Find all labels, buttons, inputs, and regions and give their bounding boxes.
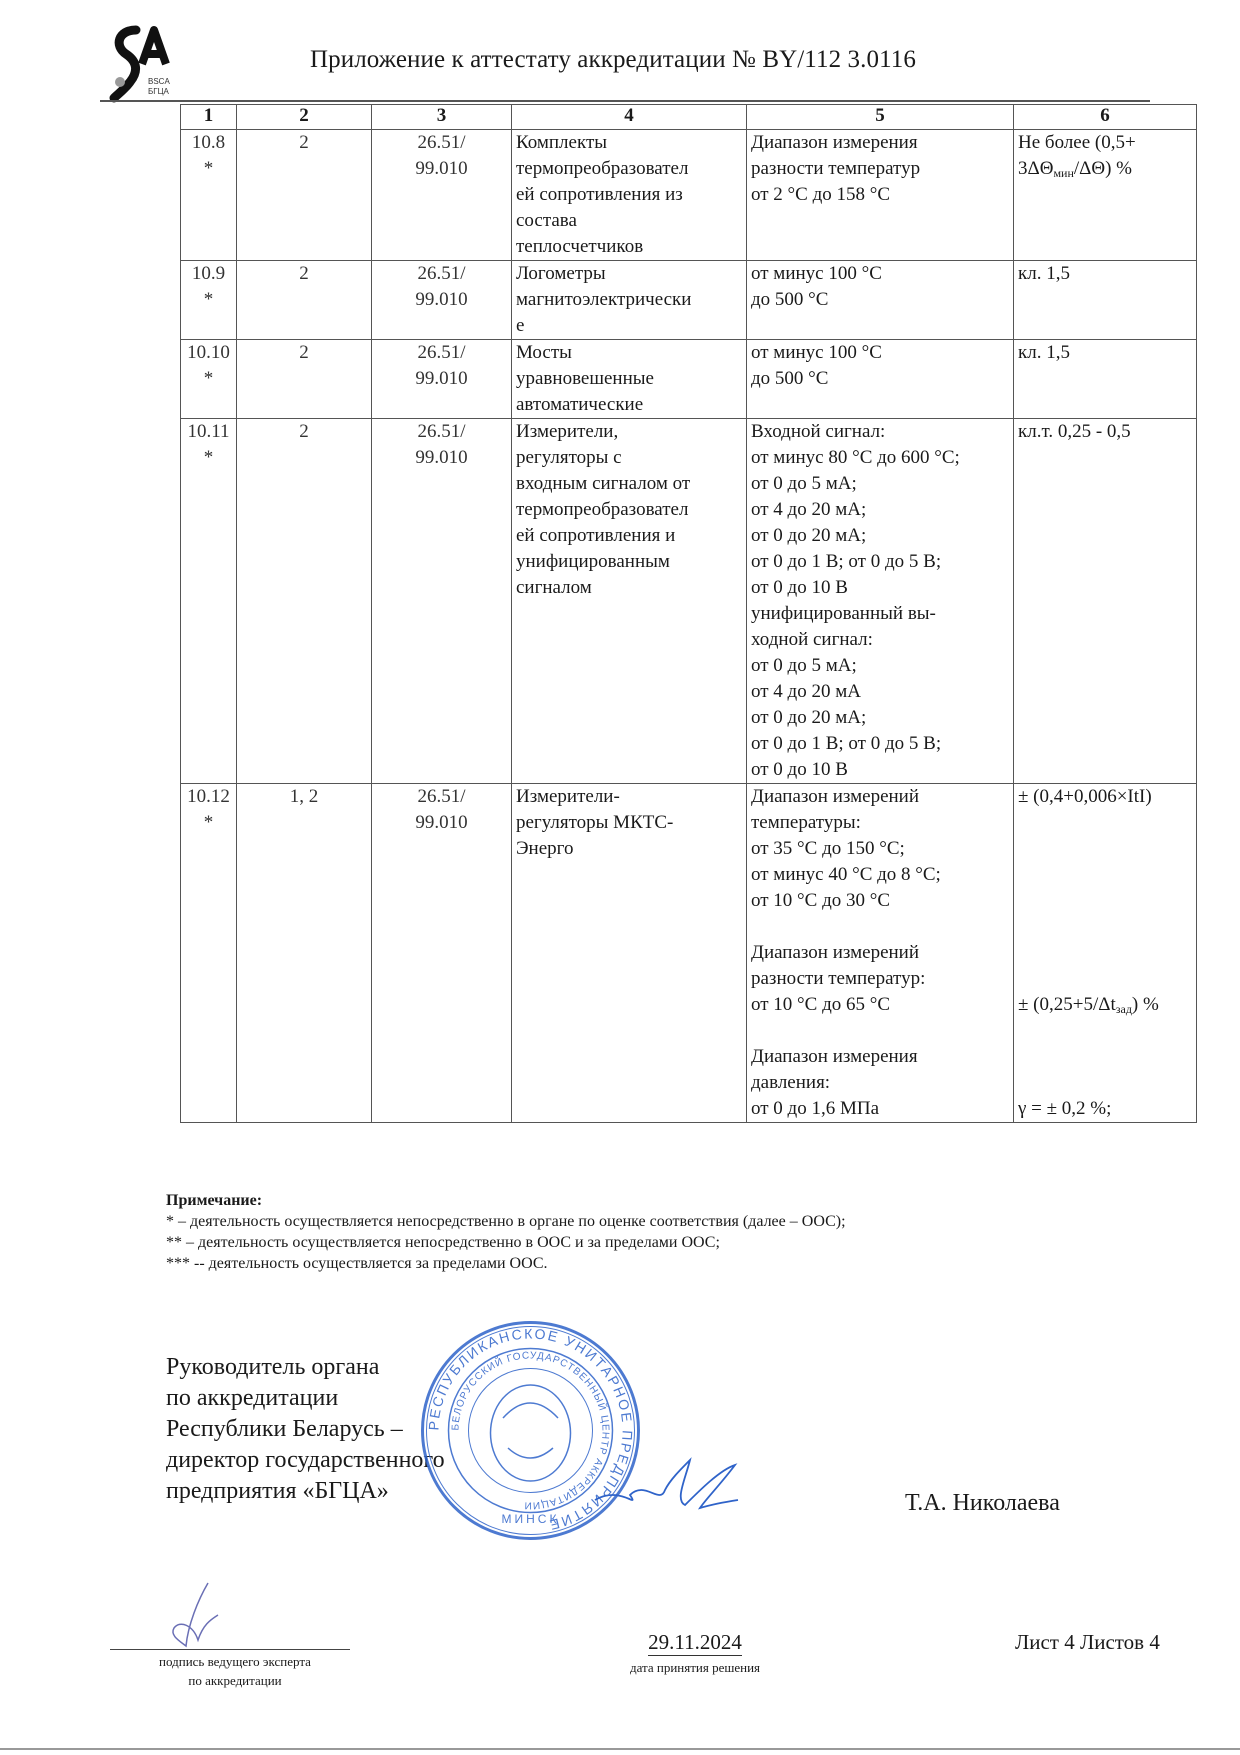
signatory-line: по аккредитации bbox=[166, 1383, 445, 1414]
cell-line: от 0 до 10 В bbox=[751, 757, 1009, 783]
cell-line: от 0 до 5 мА; bbox=[751, 471, 1009, 497]
cell-line: от минус 100 °С bbox=[751, 340, 1009, 366]
cell-line: теплосчетчиков bbox=[516, 234, 742, 260]
code-cell: 26.51/99.010 bbox=[372, 261, 512, 340]
svg-text:МИНСК: МИНСК bbox=[502, 1512, 560, 1526]
accuracy-value: γ = ± 0,2 %; bbox=[1018, 1096, 1192, 1122]
item-number: 10.10 bbox=[185, 340, 232, 366]
cell-line: от 2 °С до 158 °С bbox=[751, 182, 1009, 208]
accuracy-value: ± (0,4+0,006×ItI) bbox=[1018, 784, 1192, 810]
table-row: 10.9*226.51/99.010Логометрымагнитоэлектр… bbox=[181, 261, 1197, 340]
cell-line: от 4 до 20 мА; bbox=[751, 497, 1009, 523]
cell-line: автоматические bbox=[516, 392, 742, 418]
column-header: 5 bbox=[747, 105, 1014, 130]
cell-line: давления: bbox=[751, 1070, 1009, 1096]
location-cell: 2 bbox=[237, 261, 372, 340]
item-number: 10.12 bbox=[185, 784, 232, 810]
cell-line: сигналом bbox=[516, 575, 742, 601]
object-cell: Логометрымагнитоэлектрические bbox=[512, 261, 747, 340]
code-cell: 26.51/99.010 bbox=[372, 419, 512, 784]
cell-line: 99.010 bbox=[376, 810, 507, 836]
code-cell: 26.51/99.010 bbox=[372, 784, 512, 1123]
note-item: *** -- деятельность осуществляется за пр… bbox=[166, 1253, 846, 1274]
table-row: 10.8*226.51/99.010Комплектытермопреобраз… bbox=[181, 130, 1197, 261]
cell-line: Диапазон измерений bbox=[751, 940, 1009, 966]
cell-line: Комплекты bbox=[516, 130, 742, 156]
accuracy-cell: ± (0,4+0,006×ItI)± (0,25+5/Δtзад) %γ = ±… bbox=[1014, 784, 1197, 1123]
column-header: 2 bbox=[237, 105, 372, 130]
signatory-title: Руководитель органа по аккредитации Респ… bbox=[166, 1352, 445, 1507]
cell-line: разности температур: bbox=[751, 966, 1009, 992]
note-item: ** – деятельность осуществляется непосре… bbox=[166, 1232, 846, 1253]
header-divider bbox=[100, 100, 1150, 102]
cell-line: 26.51/ bbox=[376, 261, 507, 287]
item-mark: * bbox=[185, 445, 232, 471]
accreditation-scope-table: 1 2 3 4 5 6 10.8*226.51/99.010Комплектыт… bbox=[180, 104, 1197, 1123]
bsca-logo: BSCA БГЦА bbox=[108, 24, 178, 106]
cell-line: регуляторы с bbox=[516, 445, 742, 471]
accuracy-value: ± (0,25+5/Δtзад) % bbox=[1018, 992, 1192, 1018]
signatory-line: предприятия «БГЦА» bbox=[166, 1476, 445, 1507]
code-cell: 26.51/99.010 bbox=[372, 130, 512, 261]
page-bottom-edge bbox=[0, 1748, 1240, 1750]
notes-section: Примечание: * – деятельность осуществляе… bbox=[166, 1190, 846, 1274]
svg-text:БЕЛОРУССКИЙ ГОСУДАРСТВЕННЫЙ ЦЕ: БЕЛОРУССКИЙ ГОСУДАРСТВЕННЫЙ ЦЕНТР АККРЕД… bbox=[450, 1350, 610, 1510]
cell-line: входным сигналом от bbox=[516, 471, 742, 497]
table-header-row: 1 2 3 4 5 6 bbox=[181, 105, 1197, 130]
cell-line: ей сопротивления из bbox=[516, 182, 742, 208]
decision-date: 29.11.2024 bbox=[600, 1630, 790, 1655]
cell-line: кл. 1,5 bbox=[1018, 261, 1192, 287]
item-number-cell: 10.11* bbox=[181, 419, 237, 784]
range-cell: Диапазон измеренийтемпературы:от 35 °С д… bbox=[747, 784, 1014, 1123]
cell-line: Энерго bbox=[516, 836, 742, 862]
cell-line: от минус 80 °С до 600 °С; bbox=[751, 445, 1009, 471]
cell-line: от 0 до 5 мА; bbox=[751, 653, 1009, 679]
cell-line: термопреобразовател bbox=[516, 156, 742, 182]
accuracy-cell: кл. 1,5 bbox=[1014, 261, 1197, 340]
cell-line: от 10 °С до 30 °С bbox=[751, 888, 1009, 914]
object-cell: Мостыуравновешенныеавтоматические bbox=[512, 340, 747, 419]
cell-line: 26.51/ bbox=[376, 340, 507, 366]
location-cell: 2 bbox=[237, 130, 372, 261]
item-mark: * bbox=[185, 810, 232, 836]
item-number-cell: 10.12* bbox=[181, 784, 237, 1123]
range-cell: от минус 100 °Сдо 500 °С bbox=[747, 340, 1014, 419]
cell-line: от 0 до 20 мА; bbox=[751, 523, 1009, 549]
column-header: 6 bbox=[1014, 105, 1197, 130]
cell-line: уравновешенные bbox=[516, 366, 742, 392]
expert-signature bbox=[148, 1580, 238, 1650]
column-header: 1 bbox=[181, 105, 237, 130]
object-cell: Комплектытермопреобразователей сопротивл… bbox=[512, 130, 747, 261]
item-number: 10.9 bbox=[185, 261, 232, 287]
object-cell: Измерители,регуляторы свходным сигналом … bbox=[512, 419, 747, 784]
cell-line: от минус 100 °С bbox=[751, 261, 1009, 287]
signatory-line: директор государственного bbox=[166, 1445, 445, 1476]
item-number-cell: 10.10* bbox=[181, 340, 237, 419]
director-signature bbox=[590, 1450, 740, 1520]
cell-line: регуляторы МКТС- bbox=[516, 810, 742, 836]
cell-line: от 4 до 20 мА bbox=[751, 679, 1009, 705]
cell-line: 99.010 bbox=[376, 445, 507, 471]
signatory-line: Руководитель органа bbox=[166, 1352, 445, 1383]
expert-signature-label: подпись ведущего эксперта по аккредитаци… bbox=[120, 1652, 350, 1690]
cell-line: 26.51/ bbox=[376, 784, 507, 810]
cell-line: 99.010 bbox=[376, 287, 507, 313]
expert-signature-line bbox=[110, 1649, 350, 1650]
document-title: Приложение к аттестату аккредитации № BY… bbox=[310, 46, 916, 74]
cell-line: до 500 °С bbox=[751, 287, 1009, 313]
cell-line: состава bbox=[516, 208, 742, 234]
location-cell: 2 bbox=[237, 419, 372, 784]
location-cell: 1, 2 bbox=[237, 784, 372, 1123]
signatory-name: Т.А. Николаева bbox=[905, 1490, 1060, 1517]
accuracy-cell: кл.т. 0,25 - 0,5 bbox=[1014, 419, 1197, 784]
cell-line: Входной сигнал: bbox=[751, 419, 1009, 445]
cell-line: температуры: bbox=[751, 810, 1009, 836]
cell-line: от 0 до 1,6 МПа bbox=[751, 1096, 1009, 1122]
cell-line: разности температур bbox=[751, 156, 1009, 182]
notes-title: Примечание: bbox=[166, 1190, 846, 1211]
cell-line: от минус 40 °С до 8 °С; bbox=[751, 862, 1009, 888]
cell-line: 99.010 bbox=[376, 366, 507, 392]
cell-line: от 10 °С до 65 °С bbox=[751, 992, 1009, 1018]
cell-line: Логометры bbox=[516, 261, 742, 287]
cell-line: Диапазон измерения bbox=[751, 130, 1009, 156]
note-item: * – деятельность осуществляется непосред… bbox=[166, 1211, 846, 1232]
cell-line: унифицированным bbox=[516, 549, 742, 575]
item-number: 10.8 bbox=[185, 130, 232, 156]
table-row: 10.10*226.51/99.010Мостыуравновешенныеав… bbox=[181, 340, 1197, 419]
range-cell: Диапазон измеренияразности температурот … bbox=[747, 130, 1014, 261]
item-mark: * bbox=[185, 366, 232, 392]
expert-label-line: по аккредитации bbox=[120, 1671, 350, 1690]
cell-line: кл.т. 0,25 - 0,5 bbox=[1018, 419, 1192, 445]
location-cell: 2 bbox=[237, 340, 372, 419]
range-cell: от минус 100 °Сдо 500 °С bbox=[747, 261, 1014, 340]
accuracy-cell: Не более (0,5+3ΔΘмин/ΔΘ) % bbox=[1014, 130, 1197, 261]
cell-line: 26.51/ bbox=[376, 130, 507, 156]
cell-line: термопреобразовател bbox=[516, 497, 742, 523]
object-cell: Измерители-регуляторы МКТС-Энерго bbox=[512, 784, 747, 1123]
cell-line: 99.010 bbox=[376, 156, 507, 182]
cell-line: Диапазон измерения bbox=[751, 1044, 1009, 1070]
column-header: 4 bbox=[512, 105, 747, 130]
cell-line: ей сопротивления и bbox=[516, 523, 742, 549]
sheet-number: Лист 4 Листов 4 bbox=[1015, 1630, 1160, 1655]
cell-line: Диапазон измерений bbox=[751, 784, 1009, 810]
item-number-cell: 10.9* bbox=[181, 261, 237, 340]
range-cell: Входной сигнал:от минус 80 °С до 600 °С;… bbox=[747, 419, 1014, 784]
cell-line: от 0 до 10 В bbox=[751, 575, 1009, 601]
cell-line: Измерители- bbox=[516, 784, 742, 810]
cell-line: от 0 до 1 В; от 0 до 5 В; bbox=[751, 731, 1009, 757]
item-number: 10.11 bbox=[185, 419, 232, 445]
cell-line: ходной сигнал: bbox=[751, 627, 1009, 653]
code-cell: 26.51/99.010 bbox=[372, 340, 512, 419]
signatory-line: Республики Беларусь – bbox=[166, 1414, 445, 1445]
cell-line: до 500 °С bbox=[751, 366, 1009, 392]
cell-line: Измерители, bbox=[516, 419, 742, 445]
decision-date-label: дата принятия решения bbox=[580, 1660, 810, 1676]
svg-text:БГЦА: БГЦА bbox=[148, 87, 170, 96]
cell-line: 3ΔΘмин/ΔΘ) % bbox=[1018, 156, 1192, 182]
cell-line: 26.51/ bbox=[376, 419, 507, 445]
column-header: 3 bbox=[372, 105, 512, 130]
cell-line: кл. 1,5 bbox=[1018, 340, 1192, 366]
cell-line: от 0 до 20 мА; bbox=[751, 705, 1009, 731]
cell-line: Мосты bbox=[516, 340, 742, 366]
table-row: 10.12*1, 226.51/99.010Измерители-регулят… bbox=[181, 784, 1197, 1123]
item-mark: * bbox=[185, 156, 232, 182]
cell-line: е bbox=[516, 313, 742, 339]
table-row: 10.11*226.51/99.010Измерители,регуляторы… bbox=[181, 419, 1197, 784]
item-mark: * bbox=[185, 287, 232, 313]
cell-line: Не более (0,5+ bbox=[1018, 130, 1192, 156]
item-number-cell: 10.8* bbox=[181, 130, 237, 261]
cell-line: унифицированный вы- bbox=[751, 601, 1009, 627]
cell-line: магнитоэлектрически bbox=[516, 287, 742, 313]
expert-label-line: подпись ведущего эксперта bbox=[120, 1652, 350, 1671]
decision-date-value: 29.11.2024 bbox=[648, 1630, 742, 1656]
cell-line: от 35 °С до 150 °С; bbox=[751, 836, 1009, 862]
cell-line: от 0 до 1 В; от 0 до 5 В; bbox=[751, 549, 1009, 575]
svg-text:BSCA: BSCA bbox=[148, 77, 170, 86]
accuracy-cell: кл. 1,5 bbox=[1014, 340, 1197, 419]
